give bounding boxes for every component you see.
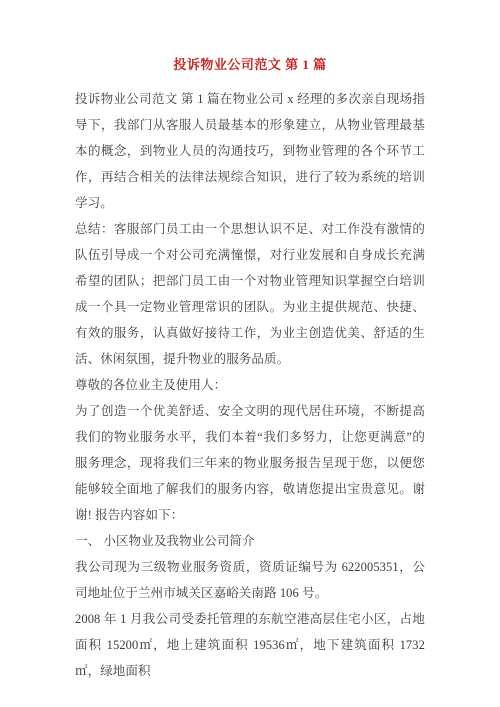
document-body: 投诉物业公司范文 第 1 篇 投诉物业公司范文 第 1 篇在物业公司 x 经理的… — [0, 0, 500, 684]
paragraph-intro: 投诉物业公司范文 第 1 篇在物业公司 x 经理的多次亲自现场指导下，我部门从客… — [75, 86, 425, 216]
paragraph-salutation: 尊敬的各位业主及使用人： — [75, 372, 425, 398]
paragraph-summary: 总结：客服部门员工由一个思想认识不足、对工作没有激情的队伍引导成一个对公司充满憧… — [75, 216, 425, 372]
paragraph-company-qualification: 我公司现为三级物业服务资质，资质证编号为 622005351，公司地址位于兰州市… — [75, 554, 425, 606]
page-title: 投诉物业公司范文 第 1 篇 — [75, 56, 425, 73]
section-heading-company-intro: 一、 小区物业及我物业公司简介 — [75, 528, 425, 554]
document-page: 投诉物业公司范文 第 1 篇 投诉物业公司范文 第 1 篇在物业公司 x 经理的… — [0, 0, 500, 707]
paragraph-service-report: 为了创造一个优美舒适、安全文明的现代居住环境，不断提高我们的物业服务水平，我们本… — [75, 398, 425, 528]
paragraph-community-stats: 2008 年 1 月我公司受委托管理的东航空港高层住宅小区，占地面积 15200… — [75, 606, 425, 684]
